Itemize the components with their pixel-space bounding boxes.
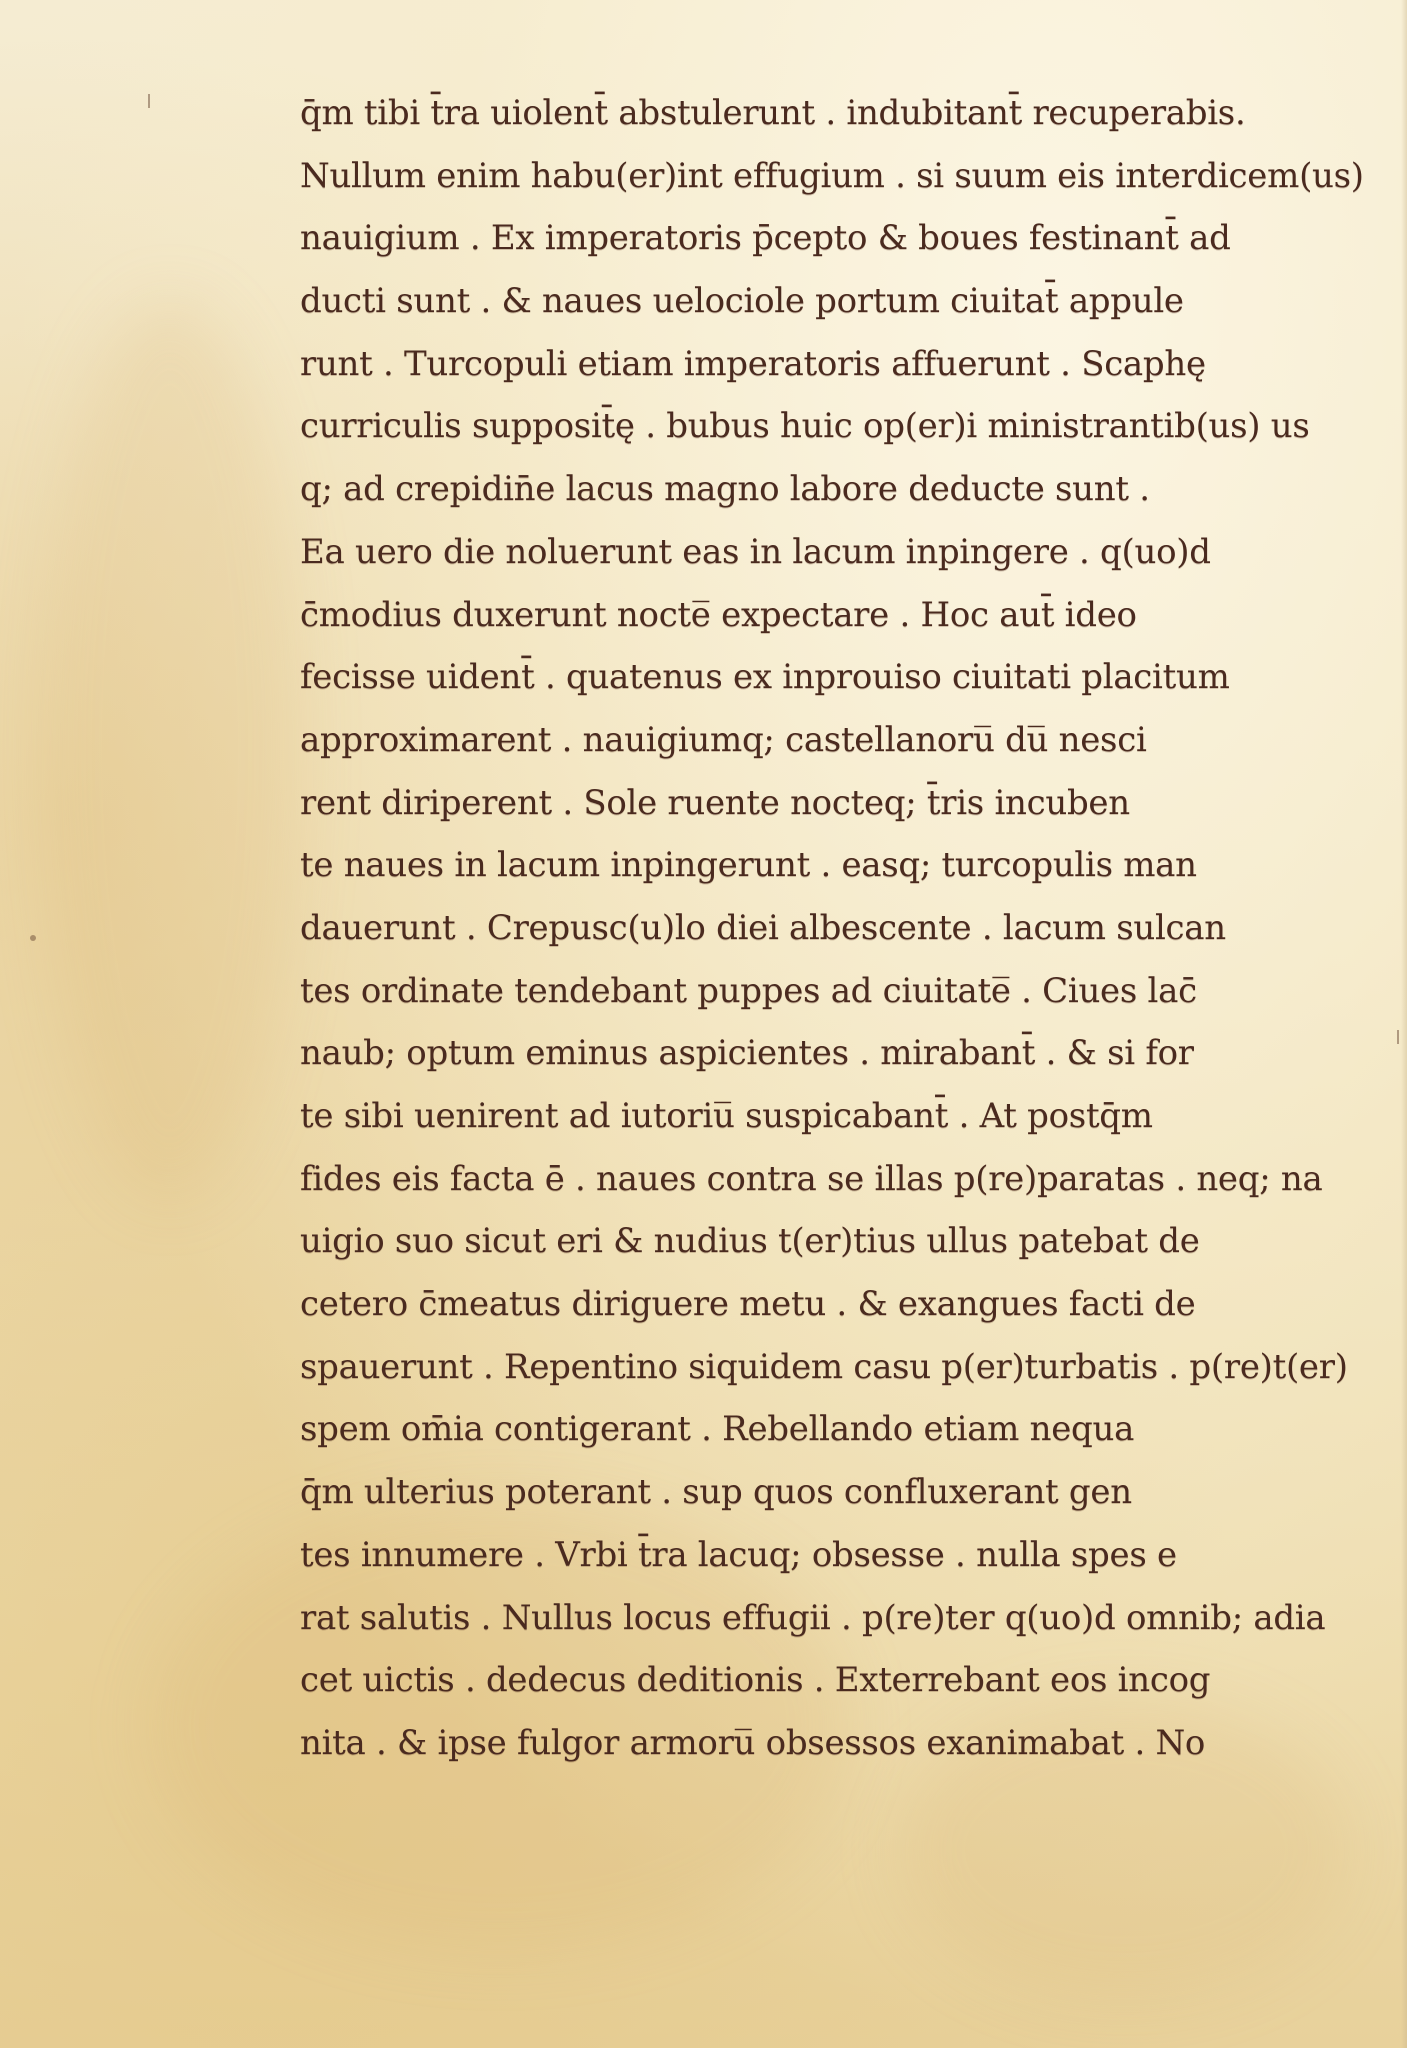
text-line: Nullum enim habu(er)int effugium . si su… [300, 145, 1330, 208]
text-line: q; ad crepidin̄e lacus magno labore dedu… [300, 458, 1330, 521]
text-line: q̄m ulterius poterant . sup quos conflux… [300, 1461, 1330, 1524]
text-line: tes ordinate tendebant puppes ad ciuitat… [300, 960, 1330, 1023]
margin-prick-mark [148, 94, 150, 108]
text-line: naub; optum eminus aspicientes . miraban… [300, 1022, 1330, 1085]
text-line: curriculis supposit̄ę . bubus huic op(er… [300, 395, 1330, 458]
text-line: ducti sunt . & naues uelociole portum ci… [300, 270, 1330, 333]
text-line: fecisse uident̄ . quatenus ex inprouiso … [300, 646, 1330, 709]
text-line: te sibi uenirent ad iutoriu̅ suspicabant… [300, 1085, 1330, 1148]
text-block: q̄m tibi t̄ra uiolent̄ abstulerunt . ind… [300, 82, 1330, 1775]
text-line: nita . & ipse fulgor armoru̅ obsessos ex… [300, 1712, 1330, 1775]
text-line: rent diriperent . Sole ruente nocteq; t̄… [300, 772, 1330, 835]
manuscript-folio: q̄m tibi t̄ra uiolent̄ abstulerunt . ind… [0, 0, 1407, 2048]
text-line: Ea uero die noluerunt eas in lacum inpin… [300, 521, 1330, 584]
page-edge [1401, 0, 1407, 2048]
text-line: q̄m tibi t̄ra uiolent̄ abstulerunt . ind… [300, 82, 1330, 145]
text-line: fides eis facta ē . naues contra se illa… [300, 1148, 1330, 1211]
text-line: tes innumere . Vrbi t̄ra lacuq; obsesse … [300, 1524, 1330, 1587]
text-line: uigio suo sicut eri & nudius t(er)tius u… [300, 1210, 1330, 1273]
text-line: nauigium . Ex imperatoris p̄cepto & boue… [300, 207, 1330, 270]
text-line: rat salutis . Nullus locus effugii . p(r… [300, 1587, 1330, 1650]
text-line: te naues in lacum inpingerunt . easq; tu… [300, 834, 1330, 897]
parchment-stain [40, 300, 300, 1200]
text-line: approximarent . nauigiumq; castellanoru̅… [300, 709, 1330, 772]
text-line: spauerunt . Repentino siquidem casu p(er… [300, 1336, 1330, 1399]
text-line: dauerunt . Crepusc(u)lo diei albescente … [300, 897, 1330, 960]
text-line: c̄modius duxerunt nocte̅ expectare . Hoc… [300, 584, 1330, 647]
text-line: runt . Turcopuli etiam imperatoris affue… [300, 333, 1330, 396]
margin-prick-mark [1397, 1030, 1399, 1044]
text-line: spem om̄ia contigerant . Rebellando etia… [300, 1398, 1330, 1461]
text-line: cet uictis . dedecus deditionis . Exterr… [300, 1649, 1330, 1712]
margin-prick-mark [30, 935, 36, 941]
text-line: cetero c̄meatus diriguere metu . & exang… [300, 1273, 1330, 1336]
